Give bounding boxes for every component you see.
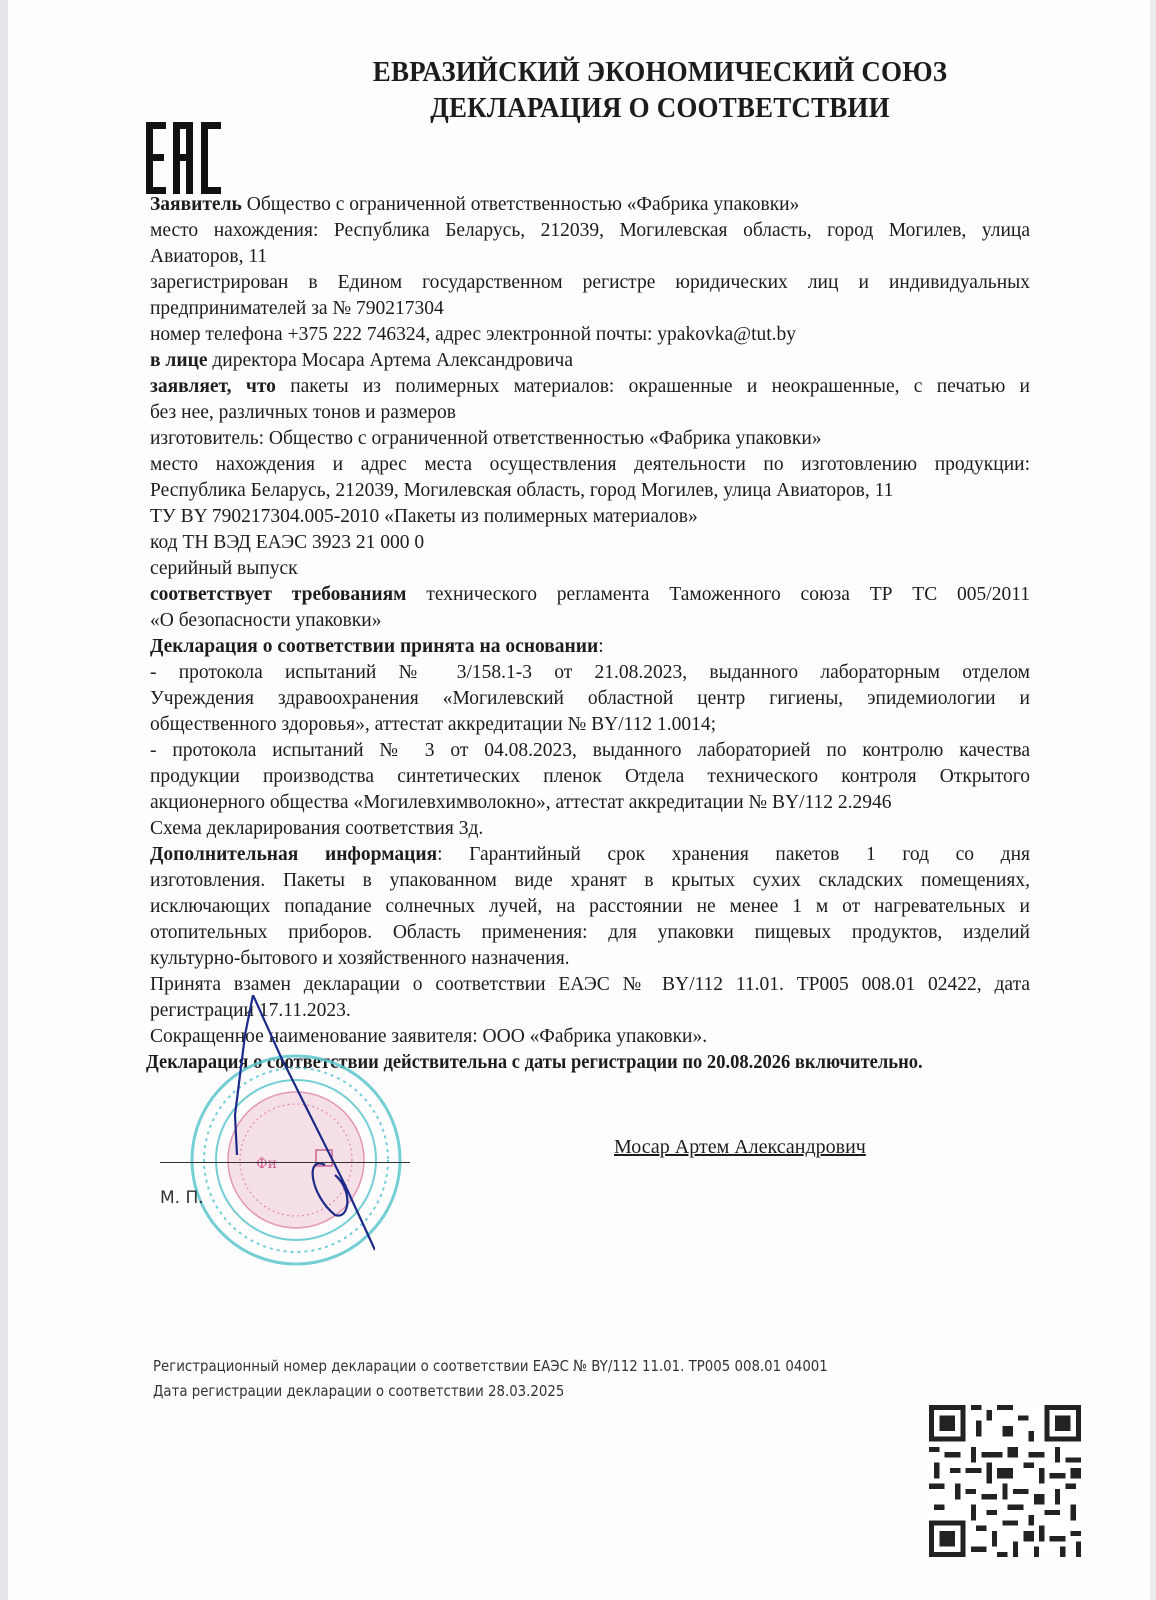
- conforms-line-1: соответствует требованиям технического р…: [150, 582, 1030, 608]
- conforms-text: технического регламента Таможенного союз…: [426, 584, 1030, 605]
- basis-heading-colon: :: [598, 636, 603, 657]
- production-site-2: Республика Беларусь, 212039, Могилевская…: [150, 478, 1030, 504]
- manufacturer-line: изготовитель: Общество с ограниченной от…: [150, 426, 1030, 452]
- additional-line-1: Дополнительная информация: Гарантийный с…: [150, 842, 1030, 868]
- release-line: серийный выпуск: [150, 556, 1030, 582]
- basis-p1-3: общественного здоровья», аттестат аккред…: [150, 712, 1030, 738]
- applicant-location-1: место нахождения: Республика Беларусь, 2…: [150, 218, 1030, 244]
- applicant-registered-1: зарегистрирован в Едином государственном…: [150, 270, 1030, 296]
- representative-label: в лице: [150, 350, 207, 371]
- registration-number: Регистрационный номер декларации о соотв…: [153, 1357, 828, 1375]
- product-desc-1: пакеты из полимерных материалов: окрашен…: [290, 376, 1030, 397]
- applicant-line: Заявитель Общество с ограниченной ответс…: [150, 192, 1030, 218]
- additional-label: Дополнительная информация: [150, 844, 437, 865]
- applicant-name: Общество с ограниченной ответственностью…: [247, 194, 800, 215]
- production-site-1: место нахождения и адрес места осуществл…: [150, 452, 1030, 478]
- additional-line-4: отопительных приборов. Область применени…: [150, 920, 1030, 946]
- scheme-line: Схема декларирования соответствия 3д.: [150, 816, 1030, 842]
- additional-text-1: : Гарантийный срок хранения пакетов 1 го…: [437, 844, 1030, 865]
- basis-p2-3: акционерного общества «Могилевхимволокно…: [150, 790, 1030, 816]
- applicant-contacts: номер телефона +375 222 746324, адрес эл…: [150, 322, 1030, 348]
- qr-code-icon[interactable]: [928, 1405, 1082, 1557]
- conforms-label: соответствует требованиям: [150, 584, 406, 605]
- page-edge-right: [1150, 0, 1156, 1600]
- page-edge-left: [0, 0, 8, 1600]
- basis-p2-2: продукции производства синтетических пле…: [150, 764, 1030, 790]
- basis-p1-2: Учреждения здравоохранения «Могилевский …: [150, 686, 1030, 712]
- product-line-2: без нее, различных тонов и размеров: [150, 400, 1030, 426]
- basis-p2-1: - протокола испытаний № 3 от 04.08.2023,…: [150, 738, 1030, 764]
- additional-line-2: изготовления. Пакеты в упакованном виде …: [150, 868, 1030, 894]
- conforms-line-2: «О безопасности упаковки»: [150, 608, 1030, 634]
- applicant-label: Заявитель: [150, 194, 242, 215]
- declares-label: заявляет, что: [150, 376, 276, 397]
- representative-line: в лице директора Мосара Артема Александр…: [150, 348, 1030, 374]
- document-title: ДЕКЛАРАЦИЯ О СООТВЕТСТВИИ: [335, 90, 986, 126]
- registration-date: Дата регистрации декларации о соответств…: [153, 1382, 564, 1400]
- applicant-location-2: Авиаторов, 11: [150, 244, 1030, 270]
- applicant-registered-2: предпринимателей за № 790217304: [150, 296, 1030, 322]
- basis-heading-line: Декларация о соответствии принята на осн…: [150, 634, 1030, 660]
- hs-code-line: код ТН ВЭД ЕАЭС 3923 21 000 0: [150, 530, 1030, 556]
- basis-heading: Декларация о соответствии принята на осн…: [150, 636, 598, 657]
- signature-icon: [175, 995, 375, 1255]
- signer-name: Мосар Артем Александрович: [614, 1136, 866, 1159]
- additional-line-3: исключающих попадание солнечных лучей, н…: [150, 894, 1030, 920]
- product-line-1: заявляет, что пакеты из полимерных матер…: [150, 374, 1030, 400]
- basis-p1-1: - протокола испытаний № 3/158.1-3 от 21.…: [150, 660, 1030, 686]
- signature-line: [160, 1162, 410, 1163]
- eac-logo-icon: [146, 122, 222, 194]
- union-title: ЕВРАЗИЙСКИЙ ЭКОНОМИЧЕСКИЙ СОЮЗ: [335, 54, 986, 90]
- representative-name: директора Мосара Артема Александровича: [212, 350, 573, 371]
- stamp-place-label: М. П.: [160, 1188, 204, 1208]
- spec-line: ТУ BY 790217304.005-2010 «Пакеты из поли…: [150, 504, 1030, 530]
- additional-line-5: культурно-бытового и хозяйственного назн…: [150, 946, 1030, 972]
